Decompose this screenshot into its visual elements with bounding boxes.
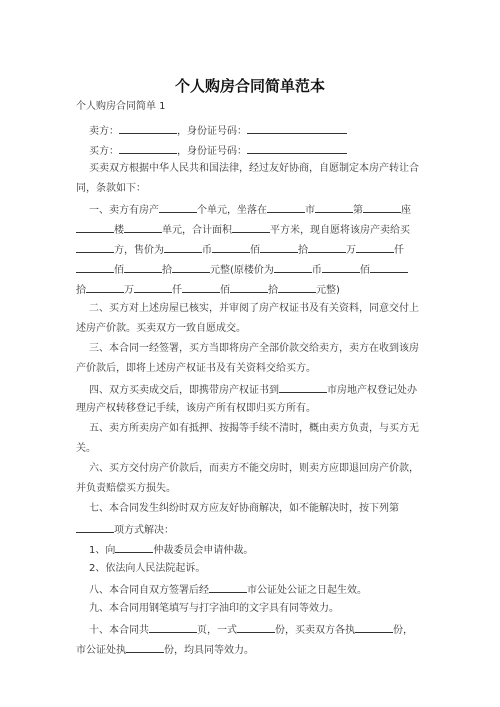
- clause-9: 九、本合同用钢笔填写与打字油印的文字具有同等效力。: [89, 602, 339, 616]
- clause-1-line-1: 一、卖方有房产个单元，坐落在市第座: [89, 202, 411, 218]
- clause-10-line-1: 十、本合同共页，一式份，买卖双方各执份，: [89, 622, 413, 638]
- buyer-line: 买方：，身份证号码：: [89, 143, 347, 159]
- clause-8: 八、本合同自双方签署后经市公证处公证之日起生效。: [89, 582, 367, 598]
- clause-2-line-2: 述房产价款。买卖双方一致自愿成交。: [76, 322, 246, 336]
- clause-7-line-1: 七、本合同发生纠纷时双方应友好协商解决，如不能解决时，按下列第: [89, 502, 399, 516]
- clause-1-line-3: 方，售价为币佰拾万仟: [76, 242, 404, 258]
- clause-7-line-2: 项方式解决：: [76, 522, 174, 538]
- clause-6-line-2: 并负责赔偿买方损失。: [76, 482, 176, 496]
- subtitle: 个人购房合同简单 1: [76, 100, 166, 114]
- seller-name-blank[interactable]: [119, 123, 177, 134]
- clause-1-line-4: 佰拾元整(原楼价为币佰: [76, 262, 408, 278]
- clause-5-line-1: 五、卖方所卖房产如有抵押、按揭等手续不清时，概由卖方负责，与买方无: [89, 422, 419, 436]
- buyer-name-blank[interactable]: [119, 143, 177, 154]
- clause-10-line-2: 市公证处执份，均具同等效力。: [76, 642, 254, 658]
- clause-1-line-2: 楼单元，合计面积平方米，现自愿将该房产卖给买: [76, 222, 410, 238]
- document-title: 个人购房合同简单范本: [0, 75, 500, 96]
- clause-3-line-2: 产价款后，即将上述房产权证书及有关资料交给买方。: [76, 362, 316, 376]
- document-page: 个人购房合同简单范本 个人购房合同简单 1 卖方：，身份证号码： 买方：，身份证…: [0, 0, 500, 707]
- clause-4-line-2: 理房产权转移登记手续，该房产所有权即归买方所有。: [76, 402, 316, 416]
- seller-id-blank[interactable]: [247, 123, 347, 134]
- clause-3-line-1: 三、本合同一经签署，买方当即将房产全部价款交给卖方，卖方在收到该房: [89, 342, 419, 356]
- clause-7-option-1: 1、向仲裁委员会申请仲裁。: [89, 542, 253, 558]
- clause-7-option-2: 2、依法向人民法院起诉。: [89, 562, 205, 576]
- seller-line: 卖方：，身份证号码：: [89, 123, 347, 139]
- clause-5-line-2: 关。: [76, 442, 96, 456]
- intro-line-1: 买卖双方根据中华人民共和国法律，经过友好协商，自愿制定本房产转让合: [89, 162, 419, 176]
- clause-4-line-1: 四、双方买卖成交后，即携带房产权证书到市房地产权登记处办: [89, 382, 417, 398]
- clause-6-line-1: 六、买方交付房产价款后，而卖方不能交房时，则卖方应即退回房产价款，: [89, 462, 419, 476]
- buyer-id-blank[interactable]: [247, 143, 347, 154]
- intro-line-2: 同，条款如下：: [76, 182, 146, 196]
- clause-1-line-5: 拾万仟佰拾元整): [76, 282, 340, 298]
- clause-2-line-1: 二、买方对上述房屋已核实，并审阅了房产权证书及有关资料，同意交付上: [89, 302, 419, 316]
